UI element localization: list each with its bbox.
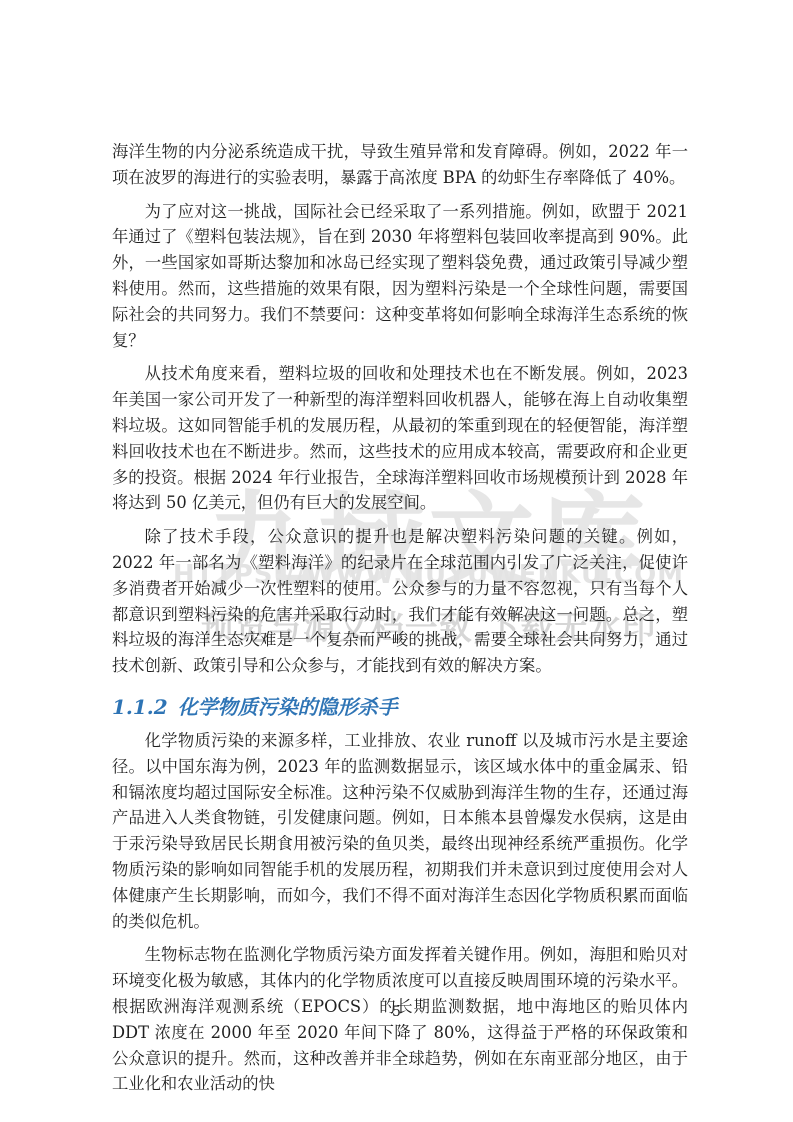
document-body: 海洋生物的内分泌系统造成干扰，导致生殖异常和发育障碍。例如，2022 年一项在波… xyxy=(112,139,688,1105)
document-page: 九域文库 HTTPS://WWW.JIUYUWENKU.COM 预览与源文档一致… xyxy=(0,0,793,1122)
body-paragraph: 化学物质污染的来源多样，工业排放、农业 runoff 以及城市污水是主要途径。以… xyxy=(112,728,688,934)
section-heading-title: 化学物质污染的隐形杀手 xyxy=(178,695,398,719)
page-number: 5 xyxy=(0,1004,793,1020)
body-paragraph: 为了应对这一挑战，国际社会已经采取了一系列措施。例如，欧盟于 2021 年通过了… xyxy=(112,199,688,354)
body-paragraph: 海洋生物的内分泌系统造成干扰，导致生殖异常和发育障碍。例如，2022 年一项在波… xyxy=(112,139,688,191)
section-heading: 1.1.2化学物质污染的隐形杀手 xyxy=(112,693,688,721)
section-heading-number: 1.1.2 xyxy=(112,695,168,719)
body-paragraph: 除了技术手段，公众意识的提升也是解决塑料污染问题的关键。例如，2022 年一部名… xyxy=(112,524,688,679)
body-paragraph: 从技术角度来看，塑料垃圾的回收和处理技术也在不断发展。例如，2023 年美国一家… xyxy=(112,361,688,516)
